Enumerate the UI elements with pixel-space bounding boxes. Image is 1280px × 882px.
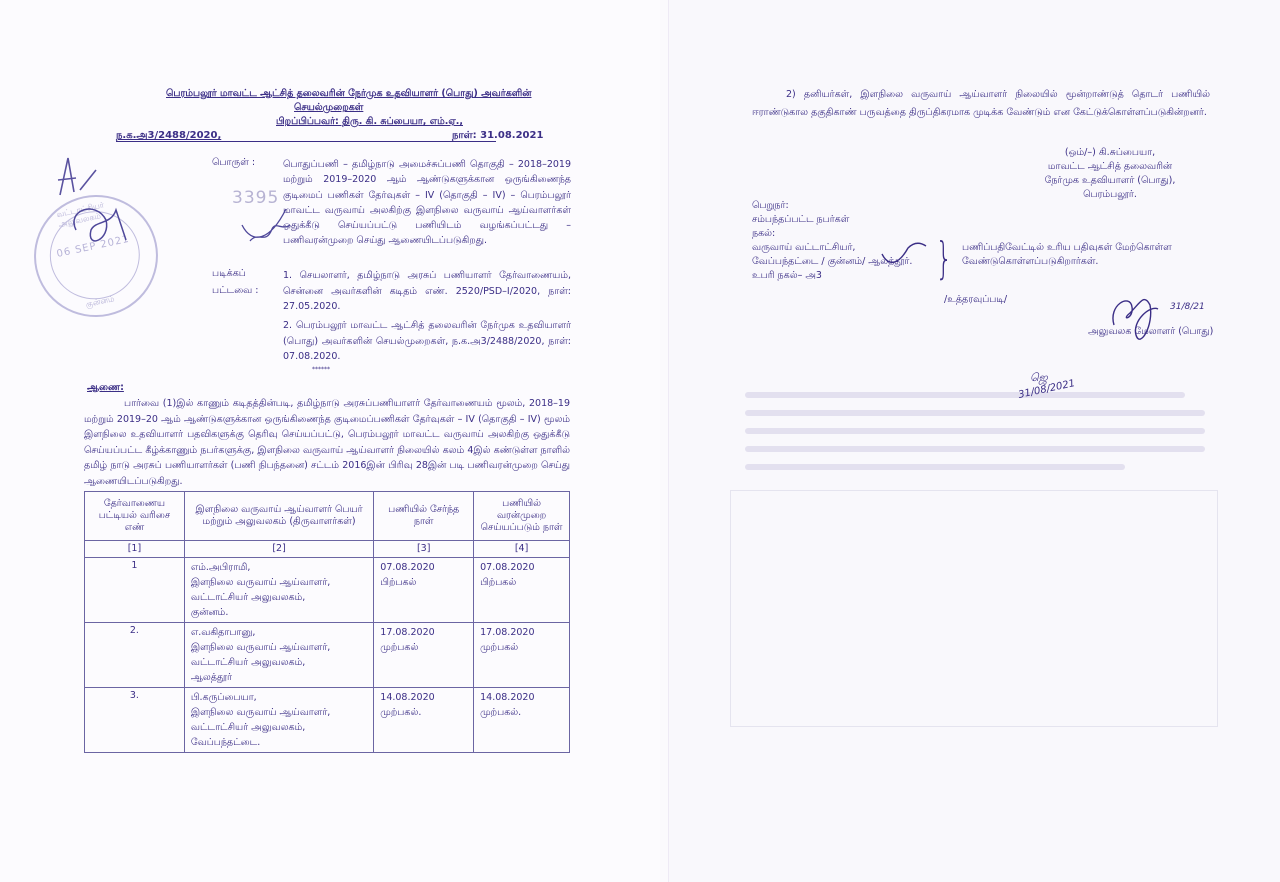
name-office-line: எ.வகிதாபானு,: [191, 625, 367, 640]
tick-scribble-icon: [880, 240, 930, 270]
order-heading: ஆணை:: [87, 382, 124, 394]
receipt-mark: ஜெ: [1030, 372, 1048, 384]
regularised-date-cell: 17.08.2020முற்பகல்: [474, 623, 570, 688]
header-serial: தேர்வாணைய பட்டியல் வரிசை எண்: [85, 492, 185, 541]
references-label-1: படிக்கப்: [212, 268, 246, 280]
by-order: /உத்தரவுப்படி/: [944, 294, 1007, 306]
header-joined-date: பணியில் சேர்ந்த நாள்: [374, 492, 474, 541]
regularised-date-cell: 14.08.2020முற்பகல்.: [474, 688, 570, 753]
name-office-cell: எம்.அபிராமி,இளநிலை வருவாய் ஆய்வாளர்,வட்ட…: [184, 558, 373, 623]
brace-icon: }: [936, 237, 953, 281]
date-value: 14.08.2020: [380, 690, 467, 705]
copy-1: வருவாய் வட்டாட்சியர்,: [752, 242, 855, 254]
name-office-line: வேப்பந்தட்டை.: [191, 735, 367, 750]
name-office-line: இளநிலை வருவாய் ஆய்வாளர்,: [191, 705, 367, 720]
copy-3: உபரி நகல்– அ3: [752, 270, 822, 282]
table-header-row: தேர்வாணைய பட்டியல் வரிசை எண் இளநிலை வருவ…: [85, 492, 570, 541]
name-office-cell: பி.கருப்பையா,இளநிலை வருவாய் ஆய்வாளர்,வட்…: [184, 688, 373, 753]
name-office-line: வட்டாட்சியர் அலுவலகம்,: [191, 720, 367, 735]
table-row: 2.எ.வகிதாபானு,இளநிலை வருவாய் ஆய்வாளர்,வட…: [85, 623, 570, 688]
bleed-through-table: [730, 490, 1218, 727]
copy-label: நகல்:: [752, 228, 775, 240]
session-value: பிற்பகல்: [380, 575, 467, 590]
header-regularised-date: பணியில் வரன்முறை செய்யப்படும் நாள்: [474, 492, 570, 541]
regularised-date-cell: 07.08.2020பிற்பகல்: [474, 558, 570, 623]
to-recipients: சம்பந்தப்பட்ட நபர்கள்: [752, 214, 849, 226]
subject-label: பொருள் :: [212, 157, 255, 169]
table-row: 1எம்.அபிராமி,இளநிலை வருவாய் ஆய்வாளர்,வட்…: [85, 558, 570, 623]
issuer-line: பிறப்பிப்பவர்: திரு. கி. சுப்பையா, எம்.ஏ…: [276, 116, 463, 128]
serial-cell: 2.: [85, 623, 185, 688]
officer-designation: அலுவலக மேலாளர் (பொது): [1088, 326, 1213, 338]
session-value: முற்பகல்: [380, 640, 467, 655]
order-body: பார்வை (1)இல் காணும் கடிதத்தின்படி, தமிழ…: [84, 396, 570, 490]
date-value: 07.08.2020: [380, 560, 467, 575]
header-rule: [116, 141, 496, 142]
serial-cell: 3.: [85, 688, 185, 753]
date-value: 07.08.2020: [480, 560, 563, 575]
session-value: முற்பகல்.: [480, 705, 563, 720]
regularisation-table: தேர்வாணைய பட்டியல் வரிசை எண் இளநிலை வருவ…: [84, 491, 570, 753]
signatory-name: (ஒம்/–) கி.சுப்பையா,: [1030, 147, 1190, 159]
header-name-office: இளநிலை வருவாய் ஆய்வாளர் பெயர் மற்றும் அல…: [184, 492, 373, 541]
brace-note-2: வேண்டுகொள்ளப்படுகிறார்கள்.: [962, 256, 1098, 268]
name-office-line: வட்டாட்சியர் அலுவலகம்,: [191, 590, 367, 605]
session-value: பிற்பகல்: [480, 575, 563, 590]
name-office-line: எம்.அபிராமி,: [191, 560, 367, 575]
column-number: [4]: [474, 541, 570, 558]
name-office-line: வட்டாட்சியர் அலுவலகம்,: [191, 655, 367, 670]
officer-signature-icon: [1100, 285, 1210, 355]
serial-cell: 1: [85, 558, 185, 623]
joined-date-cell: 14.08.2020முற்பகல்.: [374, 688, 474, 753]
date-value: 17.08.2020: [480, 625, 563, 640]
officer-signature-date: 31/8/21: [1170, 301, 1205, 313]
to-label: பெறுநர்:: [752, 200, 789, 212]
column-number: [1]: [85, 541, 185, 558]
name-office-line: பி.கருப்பையா,: [191, 690, 367, 705]
left-page: பெரம்பலூர் மாவட்ட ஆட்சித் தலைவரின் நேர்ம…: [0, 0, 660, 882]
name-office-cell: எ.வகிதாபானு,இளநிலை வருவாய் ஆய்வாளர்,வட்ட…: [184, 623, 373, 688]
header-line1: பெரம்பலூர் மாவட்ட ஆட்சித் தலைவரின் நேர்ம…: [166, 88, 532, 100]
name-office-line: ஆலத்தூர்: [191, 670, 367, 685]
name-office-line: இளநிலை வருவாய் ஆய்வாளர்,: [191, 575, 367, 590]
name-office-line: இளநிலை வருவாய் ஆய்வாளர்,: [191, 640, 367, 655]
table-row: 3.பி.கருப்பையா,இளநிலை வருவாய் ஆய்வாளர்,வ…: [85, 688, 570, 753]
reference-2: 2. பெரம்பலூர் மாவட்ட ஆட்சித் தலைவரின் நே…: [283, 318, 571, 365]
joined-date-cell: 07.08.2020பிற்பகல்: [374, 558, 474, 623]
paragraph-2: 2) தனியர்கள், இளநிலை வருவாய் ஆய்வாளர் நி…: [752, 86, 1210, 122]
session-value: முற்பகல்: [480, 640, 563, 655]
initial-scribble-icon: [240, 205, 300, 250]
subject-text: பொதுப்பணி – தமிழ்நாடு அமைச்சுப்பணி தொகுத…: [283, 157, 571, 249]
joined-date-cell: 17.08.2020முற்பகல்: [374, 623, 474, 688]
date-value: 17.08.2020: [380, 625, 467, 640]
stamp-signature-icon: [66, 200, 146, 260]
signatory-title-1: மாவட்ட ஆட்சித் தலைவரின்: [1030, 161, 1190, 173]
header-line2: செயல்முறைகள்: [294, 102, 363, 114]
brace-note-1: பணிப்பதிவேட்டில் உரிய பதிவுகள் மேற்கொள்ள: [962, 242, 1172, 254]
session-value: முற்பகல்.: [380, 705, 467, 720]
signatory-place: பெரம்பலூர்.: [1030, 189, 1190, 201]
separator: ******: [312, 364, 330, 376]
date-value: 14.08.2020: [480, 690, 563, 705]
signatory-title-2: நேர்முக உதவியாளர் (பொது),: [1030, 175, 1190, 187]
references-label-2: பட்டவை :: [212, 285, 259, 297]
column-number-row: [1] [2] [3] [4]: [85, 541, 570, 558]
right-page: [668, 0, 1280, 882]
name-office-line: குன்னம்.: [191, 605, 367, 620]
order-date: நாள்: 31.08.2021: [452, 130, 543, 142]
reference-1: 1. செயலாளர், தமிழ்நாடு அரசுப் பணியாளர் த…: [283, 268, 571, 315]
column-number: [3]: [374, 541, 474, 558]
column-number: [2]: [184, 541, 373, 558]
